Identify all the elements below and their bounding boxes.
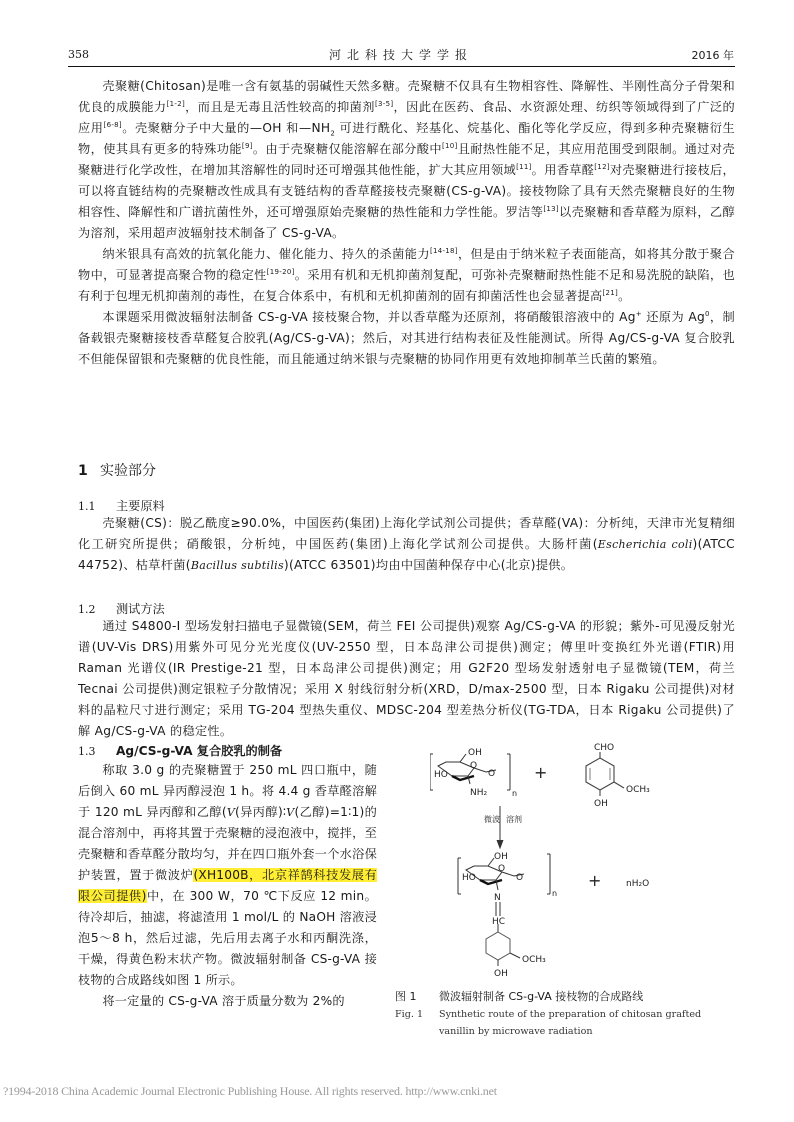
- publication-year: 2016 年: [692, 47, 735, 63]
- citation-ref: [9]: [242, 142, 253, 150]
- text-run: 。: [618, 289, 631, 303]
- label-hc: HC: [492, 917, 505, 927]
- text-run: 本课题采用微波辐射法制备 CS-g-VA 接枝聚合物，并以香草醛为还原剂，将硝酸…: [102, 310, 635, 324]
- label-oh: OH: [594, 799, 608, 809]
- label-o: O: [470, 761, 477, 771]
- copyright-footer: ?1994-2018 China Academic Journal Electr…: [3, 1084, 497, 1099]
- label-oh: OH: [494, 969, 508, 979]
- materials-text: 壳聚糖(CS)：脱乙酰度≥90.0%，中国医药(集团)上海化学试剂公司提供；香草…: [78, 513, 735, 576]
- citation-ref: [14-18]: [430, 247, 458, 255]
- intro-paragraph-2: 纳米银具有高效的抗氧化能力、催化能力、持久的杀菌能力[14-18]，但是由于纳米…: [78, 244, 735, 307]
- citation-ref: [19-20]: [267, 268, 295, 276]
- label-water: nH₂O: [626, 879, 649, 889]
- citation-ref: [12]: [594, 163, 610, 171]
- label-och3: OCH₃: [626, 785, 650, 795]
- figure-label: 图 1: [395, 988, 439, 1004]
- label-oh: OH: [468, 748, 482, 758]
- text-run: 。壳聚糖分子中大量的—OH 和—NH: [122, 121, 330, 135]
- reaction-arrow: [497, 806, 503, 848]
- citation-ref: [1-2]: [167, 100, 185, 108]
- section-heading: 1实验部分: [78, 460, 156, 480]
- text-run: 中，在 300 W，70 ℃下反应 12 min。待冷却后，抽滤，将滤渣用 1 …: [78, 889, 377, 987]
- label-n: n: [512, 789, 517, 798]
- preparation-text: 称取 3.0 g 的壳聚糖置于 250 mL 四口瓶中，随后倒入 60 mL 异…: [78, 760, 377, 1012]
- section-number: 1: [78, 463, 100, 479]
- caption-text: vanillin by microwave radiation: [395, 1023, 735, 1040]
- text-run: 。用香草醛: [532, 163, 595, 177]
- figure-caption-cn: 图 1微波辐射制备 CS-g-VA 接枝物的合成路线: [395, 988, 643, 1004]
- subsection-heading-1-2: 1.2测试方法: [78, 600, 165, 617]
- label-n-imine: N: [494, 893, 501, 903]
- label-oh: OH: [494, 852, 508, 862]
- vanillin-structure: [586, 752, 624, 796]
- methods-text: 通过 S4800-I 型场发射扫描电子显微镜(SEM，荷兰 FEI 公司提供)观…: [78, 616, 735, 742]
- methods-paragraph: 通过 S4800-I 型场发射扫描电子显微镜(SEM，荷兰 FEI 公司提供)观…: [78, 616, 735, 742]
- section-title: 实验部分: [100, 463, 156, 479]
- figure-caption-en: Fig. 1Synthetic route of the preparation…: [395, 1006, 735, 1040]
- citation-ref: [3-5]: [375, 100, 393, 108]
- citation-ref: [11]: [516, 163, 532, 171]
- text-run: (异丙醇)∶: [235, 805, 286, 819]
- label-n: n: [552, 889, 557, 898]
- species-name: Escherichia coli: [598, 538, 693, 551]
- subsection-number: 1.2: [78, 603, 116, 616]
- text-run: 纳米银具有高效的抗氧化能力、催化能力、持久的杀菌能力: [102, 247, 430, 261]
- text-run: ，而且是无毒且活性较高的抑菌剂: [185, 100, 375, 114]
- caption-text: Synthetic route of the preparation of ch…: [439, 1009, 701, 1020]
- label-o-link: O: [516, 873, 523, 883]
- subsection-heading-1-3: 1.3Ag/CS-g-VA 复合胶乳的制备: [78, 742, 282, 759]
- label-nh2: NH₂: [470, 788, 488, 798]
- citation-ref: [10]: [442, 142, 458, 150]
- figure-label: Fig. 1: [395, 1006, 439, 1023]
- running-header: 358 河北科技大学学报 2016 年: [68, 44, 734, 66]
- preparation-paragraph: 称取 3.0 g 的壳聚糖置于 250 mL 四口瓶中，随后倒入 60 mL 异…: [78, 760, 377, 991]
- reaction-scheme-figure: OH O HO O NH₂ n + CHO OCH₃ OH: [430, 740, 735, 980]
- materials-paragraph: 壳聚糖(CS)：脱乙酰度≥90.0%，中国医药(集团)上海化学试剂公司提供；香草…: [78, 513, 735, 576]
- intro-paragraph-3: 本课题采用微波辐射法制备 CS-g-VA 接枝聚合物，并以香草醛为还原剂，将硝酸…: [78, 307, 735, 370]
- journal-page: 358 河北科技大学学报 2016 年 壳聚糖(Chitosan)是唯一含有氨基…: [0, 0, 794, 1122]
- journal-title: 河北科技大学学报: [68, 46, 734, 63]
- preparation-paragraph-2: 将一定量的 CS-g-VA 溶于质量分数为 2%的: [78, 991, 377, 1012]
- volume-symbol: V: [227, 806, 235, 819]
- citation-ref: [13]: [543, 205, 559, 213]
- label-o: O: [498, 864, 505, 874]
- condition-solvent: 溶剂: [506, 814, 522, 824]
- label-cho: CHO: [594, 743, 614, 753]
- citation-ref: [6-8]: [104, 121, 122, 129]
- intro-paragraph-1: 壳聚糖(Chitosan)是唯一含有氨基的弱碱性天然多糖。壳聚糖不仅具有生物相容…: [78, 76, 735, 244]
- plus-sign: +: [588, 871, 601, 890]
- text-run: )(ATCC 63501)均由中国菌种保存中心(北京)提供。: [284, 558, 573, 572]
- subsection-title: 测试方法: [116, 602, 165, 616]
- subsection-number: 1.1: [78, 500, 116, 513]
- introduction: 壳聚糖(Chitosan)是唯一含有氨基的弱碱性天然多糖。壳聚糖不仅具有生物相容…: [78, 76, 735, 370]
- condition-microwave: 微波: [484, 814, 500, 824]
- text-run: 还原为 Ag: [642, 310, 705, 324]
- label-ho: HO: [462, 873, 476, 883]
- subsection-title: Ag/CS-g-VA 复合胶乳的制备: [116, 744, 282, 758]
- subsection-heading-1-1: 1.1主要原料: [78, 497, 165, 514]
- label-och3: OCH₃: [522, 955, 546, 965]
- header-rule: [68, 66, 735, 67]
- citation-ref: [21]: [602, 289, 618, 297]
- chemical-structure-diagram: OH O HO O NH₂ n + CHO OCH₃ OH: [430, 740, 735, 980]
- plus-sign: +: [534, 763, 547, 782]
- subsection-number: 1.3: [78, 745, 116, 758]
- caption-text: 微波辐射制备 CS-g-VA 接枝物的合成路线: [439, 990, 643, 1003]
- label-o-link: O: [488, 769, 495, 779]
- text-run: 。由于壳聚糖仅能溶解在部分酸中: [253, 142, 442, 156]
- species-name: Bacillus subtilis: [191, 559, 284, 572]
- label-ho: HO: [434, 770, 448, 780]
- subsection-title: 主要原料: [116, 499, 165, 513]
